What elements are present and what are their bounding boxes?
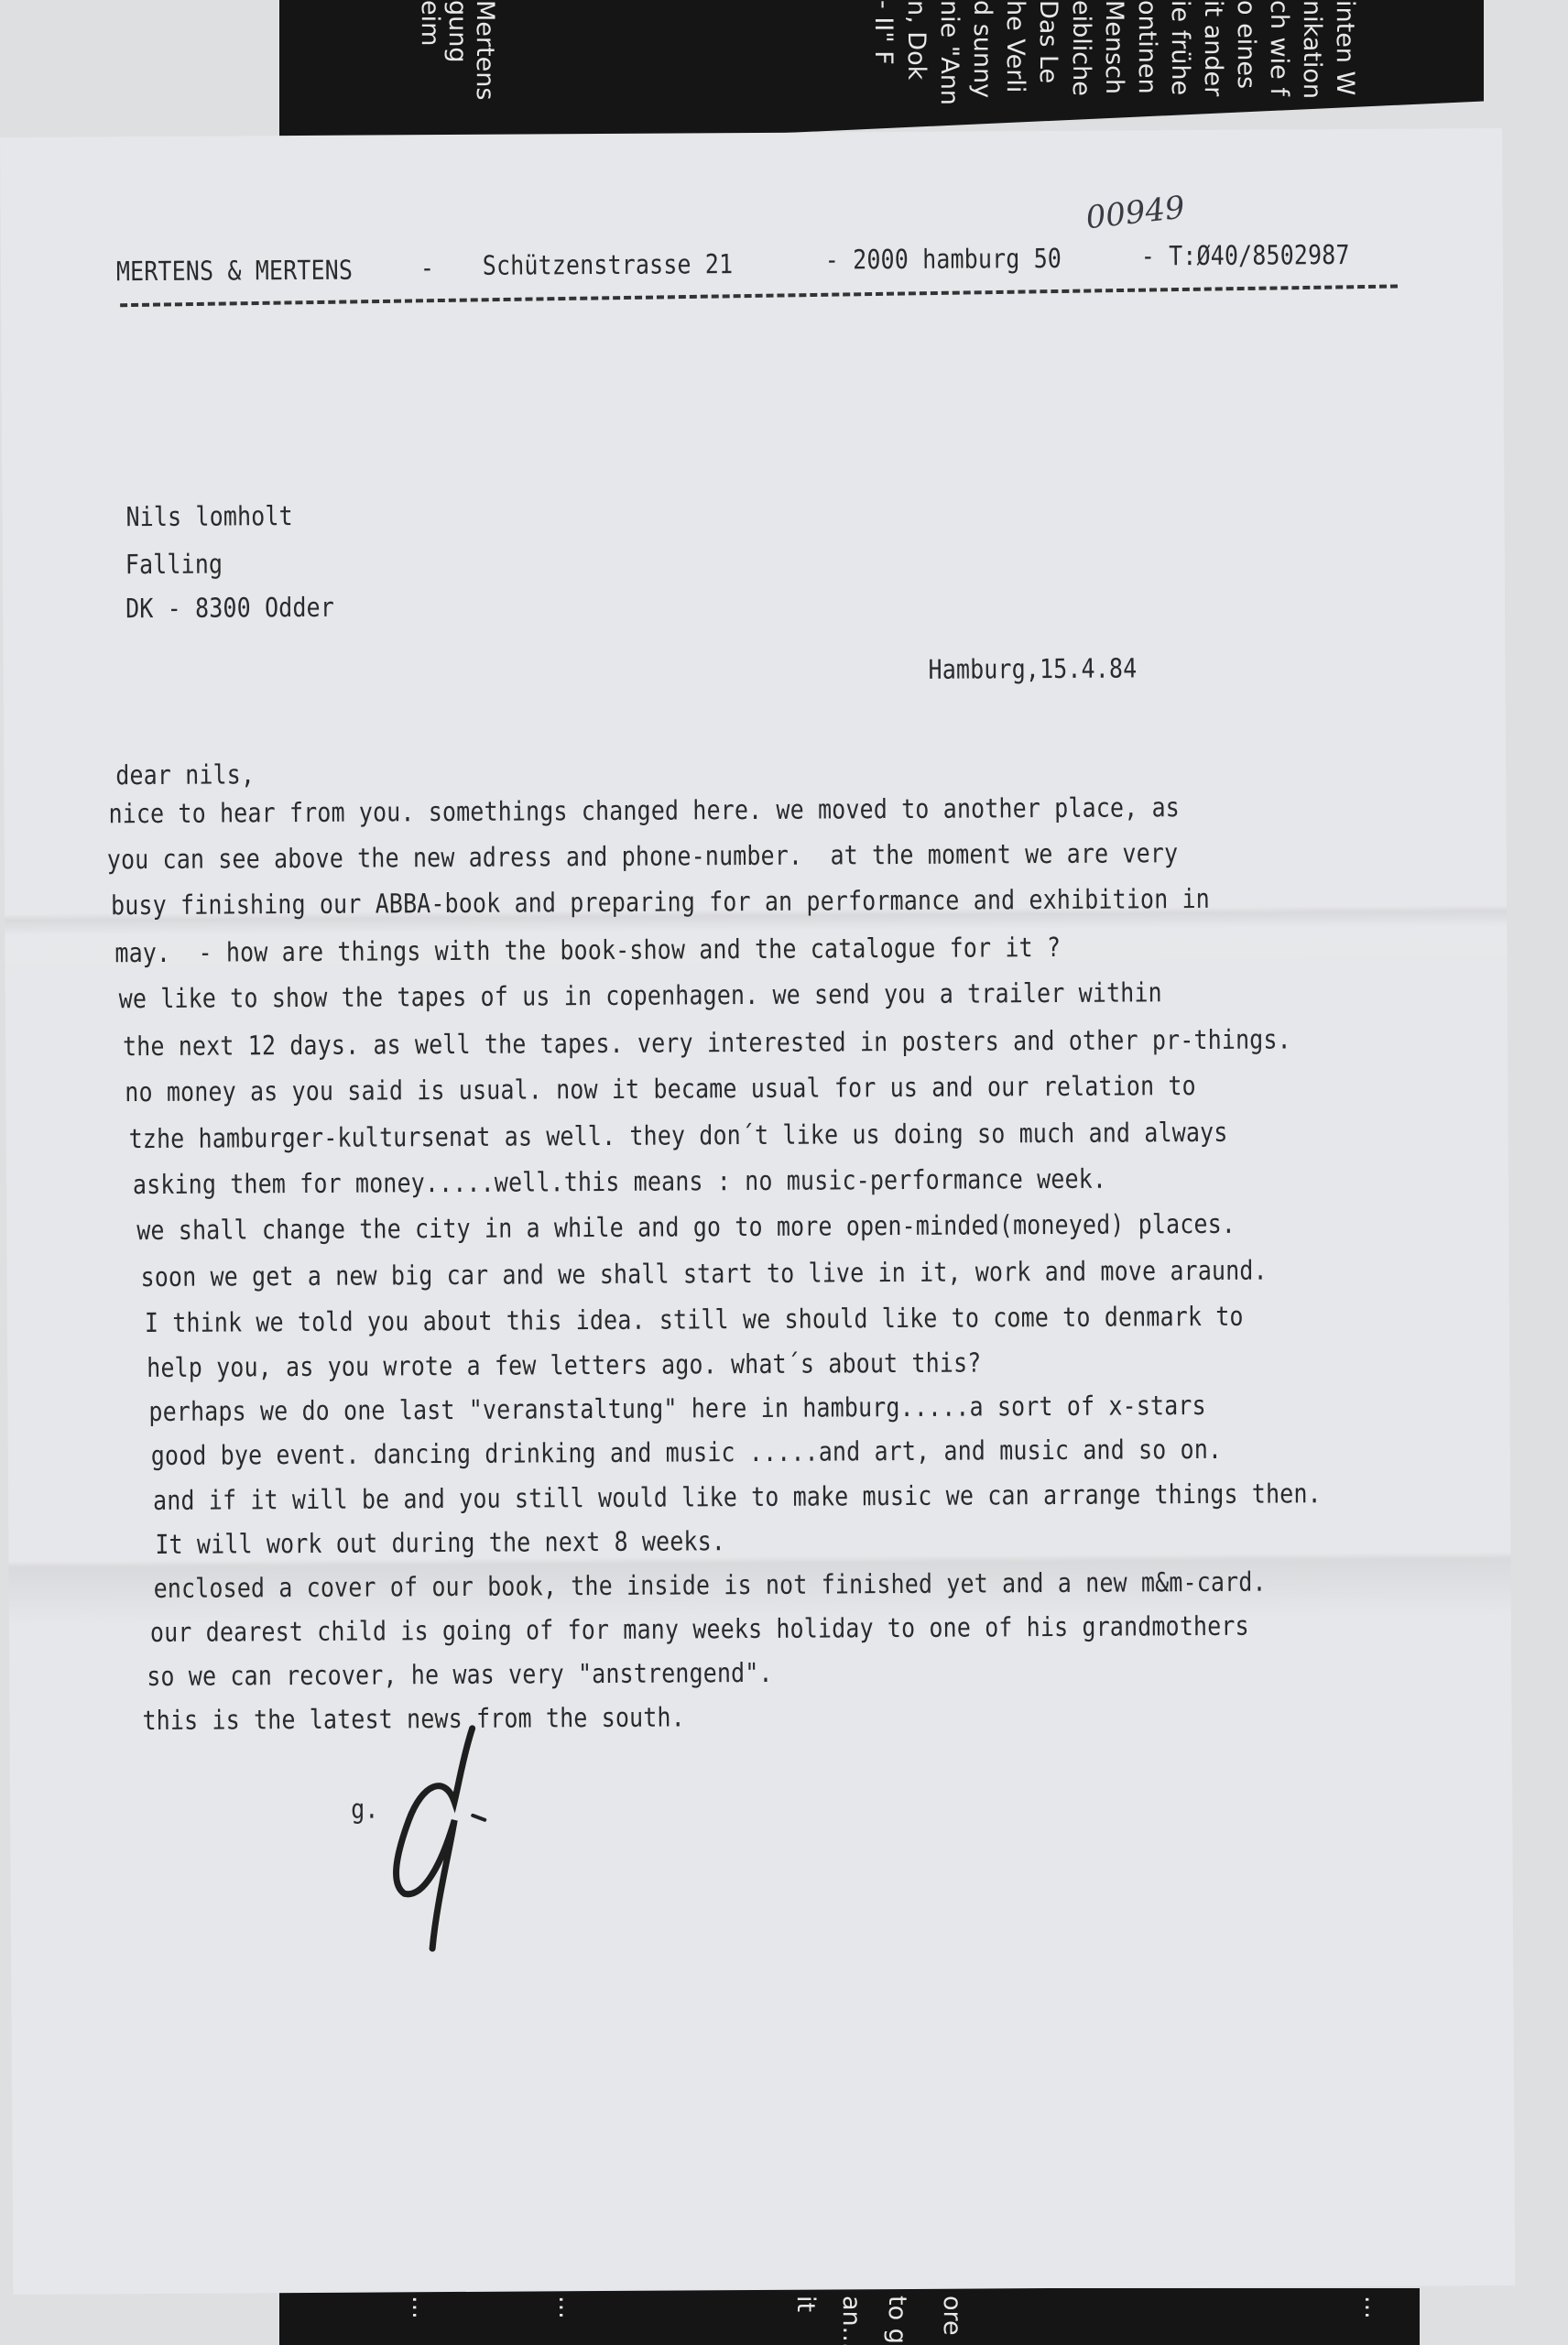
body-line: no money as you said is usual. now it be… (125, 1070, 1196, 1107)
body-line: nice to hear from you. somethings change… (108, 791, 1180, 829)
print-column: nie "Ann (936, 0, 963, 105)
body-line: asking them for money.....well.this mean… (133, 1163, 1106, 1200)
print-column: d sunny (969, 0, 996, 98)
print-column: ... (554, 2296, 581, 2319)
print-column: Mertens (472, 0, 498, 100)
body-line: tzhe hamburger-kultursenat as well. they… (129, 1117, 1228, 1154)
body-line: may. - how are things with the book-show… (114, 932, 1061, 968)
recipient-postal: DK - 8300 Odder (125, 592, 334, 624)
print-column: gung (444, 0, 471, 63)
body-line: and if it will be and you still would li… (153, 1478, 1322, 1516)
body-line: perhaps we do one last "veranstaltung" h… (148, 1390, 1205, 1427)
body-line: you can see above the new adress and pho… (107, 837, 1179, 875)
print-column: ontinen (1134, 0, 1160, 94)
body-line: enclosed a cover of our book, the inside… (154, 1566, 1267, 1604)
print-column: to g (884, 2296, 910, 2344)
print-column: eim (417, 0, 443, 46)
body-line: soon we get a new big car and we shall s… (140, 1255, 1267, 1293)
body-line: we like to show the tapes of us in copen… (119, 976, 1162, 1014)
body-line: busy finishing our ABBA-book and prepari… (111, 883, 1210, 921)
letterhead-street: Schützenstrasse 21 (483, 248, 734, 281)
print-column: inten W (1332, 0, 1358, 95)
print-column: n, Dok (903, 0, 930, 80)
letterhead-phone: - T:Ø40/8502987 (1141, 239, 1350, 271)
print-column: it (792, 2296, 819, 2312)
print-column: eibliche (1068, 0, 1094, 96)
body-line: we shall change the city in a while and … (136, 1208, 1236, 1246)
print-column: Mensch (1101, 0, 1127, 94)
print-column: ch wie f (1266, 0, 1292, 96)
print-column: ore (939, 2296, 965, 2336)
archive-number: 00949 (1084, 190, 1187, 237)
print-column: he Verli (1002, 0, 1029, 93)
print-column: ie frühe (1167, 0, 1193, 95)
body-line: good bye event. dancing drinking and mus… (151, 1434, 1223, 1471)
salutation: dear nils, (115, 758, 255, 791)
recipient-place: Falling (125, 549, 223, 581)
body-line: our dearest child is going of for many w… (150, 1610, 1249, 1648)
letterhead-separator: - (420, 252, 434, 283)
recipient-name: Nils lomholt (125, 500, 292, 532)
letterhead-divider (120, 285, 1398, 308)
print-column: Das Le (1035, 0, 1062, 83)
body-line: help you, as you wrote a few letters ago… (147, 1347, 981, 1383)
letterhead-company: MERTENS & MERTENS (116, 255, 353, 288)
print-column: it ander (1200, 0, 1226, 96)
bottom-printed-panel: ......itan...to gore... (279, 2288, 1420, 2345)
letter-sheet: 00949 MERTENS & MERTENS - Schützenstrass… (0, 128, 1515, 2295)
print-column: nikation (1299, 0, 1325, 99)
body-line: so we can recover, he was very "anstreng… (147, 1657, 773, 1692)
date-line: Hamburg,15.4.84 (928, 652, 1137, 684)
body-line: the next 12 days. as well the tapes. ver… (123, 1023, 1291, 1062)
body-line: It will work out during the next 8 weeks… (155, 1525, 725, 1560)
print-column: ... (408, 2296, 434, 2319)
print-column: o eines (1233, 0, 1259, 89)
signature (367, 1719, 516, 1958)
letterhead-city: - 2000 hamburg 50 (825, 243, 1062, 276)
print-column: an... (838, 2296, 865, 2345)
print-column: ... (1360, 2296, 1387, 2319)
body-line: I think we told you about this idea. sti… (145, 1301, 1244, 1338)
print-column: - II" F (870, 0, 897, 65)
